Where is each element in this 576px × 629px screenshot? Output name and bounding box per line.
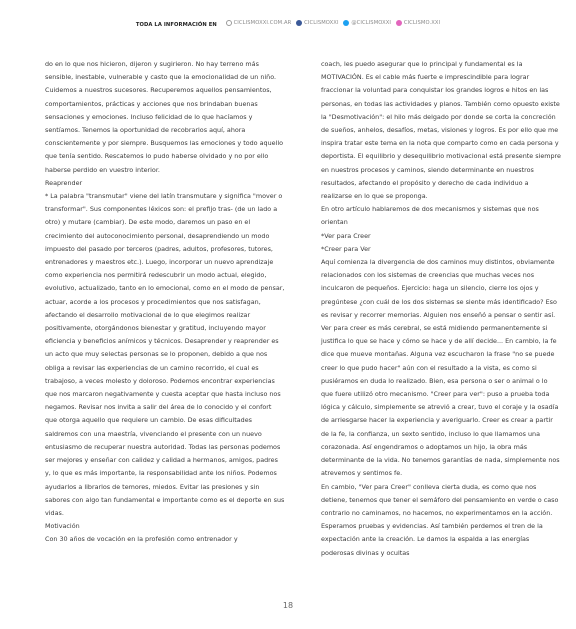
header-link-twitter-label: @CICLISMOXXI	[351, 20, 391, 26]
instagram-icon	[396, 20, 402, 26]
paragraph: coach, les puedo asegurar que lo princip…	[321, 58, 561, 203]
facebook-icon	[296, 20, 302, 26]
right-column: coach, les puedo asegurar que lo princip…	[321, 58, 561, 560]
subheading-reaprender: Reaprender	[45, 177, 285, 190]
subheading-motivacion: Motivación	[45, 520, 285, 533]
header-link-instagram-label: CICLISMO.XXI	[404, 20, 440, 26]
paragraph: * La palabra "transmutar" viene del latí…	[45, 190, 285, 520]
paragraph: Aquí comienza la divergencia de dos cami…	[321, 256, 561, 480]
left-column: do en lo que nos hicieron, dijeron y sug…	[45, 58, 285, 547]
header-link-instagram[interactable]: CICLISMO.XXI	[396, 20, 440, 26]
web-icon	[226, 20, 232, 26]
paragraph: Con 30 años de vocación en la profesión …	[45, 533, 285, 546]
twitter-icon	[343, 20, 349, 26]
header-link-twitter[interactable]: @CICLISMOXXI	[343, 20, 391, 26]
page-header: TODA LA INFORMACIÓN EN CICLISMOXXI.COM.A…	[0, 20, 576, 28]
header-link-facebook[interactable]: CICLISMOXXI	[296, 20, 338, 26]
header-link-web[interactable]: CICLISMOXXI.COM.AR	[226, 20, 292, 26]
page-number: 18	[0, 601, 576, 610]
paragraph: do en lo que nos hicieron, dijeron y sug…	[45, 58, 285, 177]
list-item-ver-para-creer: *Ver para Creer	[321, 230, 561, 243]
list-item-creer-para-ver: *Creer para Ver	[321, 243, 561, 256]
header-link-facebook-label: CICLISMOXXI	[304, 20, 338, 26]
paragraph: En otro artículo hablaremos de dos mecan…	[321, 203, 561, 229]
paragraph: En cambio, "Ver para Creer" conlleva cie…	[321, 481, 561, 560]
header-link-web-label: CICLISMOXXI.COM.AR	[234, 20, 292, 26]
header-lead: TODA LA INFORMACIÓN EN	[136, 22, 217, 28]
